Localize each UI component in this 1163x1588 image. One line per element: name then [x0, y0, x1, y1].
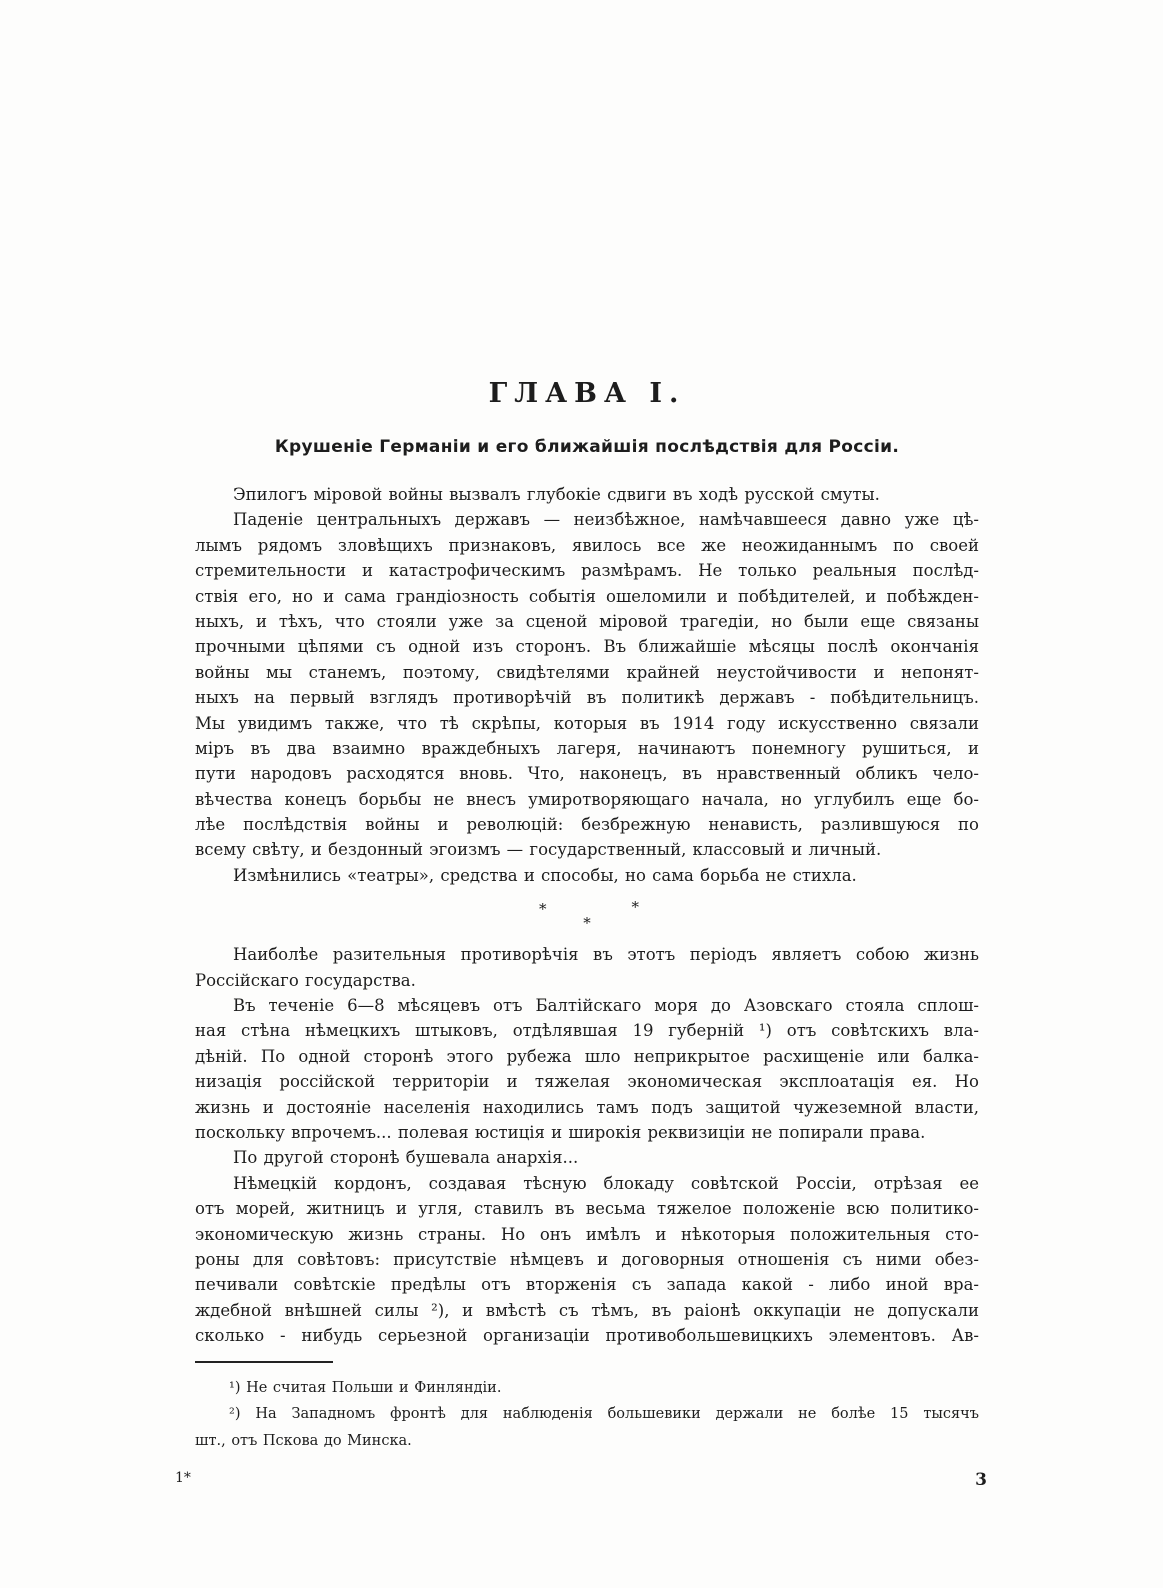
text-line: ная стѣна нѣмецкихъ штыковъ, отдѣлявшая … [195, 1018, 979, 1043]
text-line: Измѣнились «театры», средства и способы,… [195, 863, 979, 888]
paragraph: Въ теченіе 6—8 мѣсяцевъ отъ Балтійскаго … [195, 993, 979, 1145]
text-line: дѣній. По одной сторонѣ этого рубежа шло… [195, 1044, 979, 1069]
text-line: Россійскаго государства. [195, 968, 979, 993]
text-line: стремительности и катастрофическимъ разм… [195, 558, 979, 583]
text-line: Эпилогъ міровой войны вызвалъ глубокіе с… [195, 482, 979, 507]
text-line: всему свѣту, и бездонный эгоизмъ — госуд… [195, 837, 979, 862]
text-line: лѣе послѣдствія войны и революцій: безбр… [195, 812, 979, 837]
text-line: отъ морей, житницъ и угля, ставилъ въ ве… [195, 1196, 979, 1221]
page-number: 3 [975, 1470, 987, 1490]
paragraph: Паденіе центральныхъ державъ — неизбѣжно… [195, 507, 979, 862]
footnotes: ¹) Не считая Польши и Финляндіи.²) На За… [195, 1375, 979, 1455]
body-text: Эпилогъ міровой войны вызвалъ глубокіе с… [195, 482, 979, 1349]
text-line: ныхъ, и тѣхъ, что стояли уже за сценой м… [195, 609, 979, 634]
footnote: ¹) Не считая Польши и Финляндіи. [195, 1375, 979, 1402]
text-line: ствія его, но и сама грандіозность событ… [195, 584, 979, 609]
book-page: ГЛАВА I. Крушеніе Германіи и его ближайш… [0, 0, 1163, 1588]
paragraph: Нѣмецкій кордонъ, создавая тѣсную блокад… [195, 1171, 979, 1349]
text-line: ныхъ на первый взглядъ противорѣчій въ п… [195, 685, 979, 710]
asterisk: * [539, 900, 547, 918]
page-footer: 1* 3 [195, 1470, 979, 1490]
text-line: низація россійской территоріи и тяжелая … [195, 1069, 979, 1094]
signature-mark: 1* [175, 1470, 191, 1486]
text-line: ¹) Не считая Польши и Финляндіи. [195, 1375, 979, 1402]
text-line: міръ въ два взаимно враждебныхъ лагеря, … [195, 736, 979, 761]
text-line: прочными цѣпями съ одной изъ сторонъ. Въ… [195, 634, 979, 659]
asterisk: * [583, 914, 591, 932]
text-line: роны для совѣтовъ: присутствіе нѣмцевъ и… [195, 1247, 979, 1272]
text-line: Мы увидимъ также, что тѣ скрѣпы, которыя… [195, 711, 979, 736]
text-line: войны мы станемъ, поэтому, свидѣтелями к… [195, 660, 979, 685]
chapter-heading: ГЛАВА I. [195, 378, 979, 410]
paragraph: Измѣнились «театры», средства и способы,… [195, 863, 979, 888]
asterisk: * [632, 898, 640, 916]
text-column: ГЛАВА I. Крушеніе Германіи и его ближайш… [195, 378, 979, 1490]
text-line: лымъ рядомъ зловѣщихъ признаковъ, явилос… [195, 533, 979, 558]
text-line: Наиболѣе разительныя противорѣчія въ это… [195, 942, 979, 967]
text-line: ²) На Западномъ фронтѣ для наблюденія бо… [195, 1401, 979, 1428]
text-line: По другой сторонѣ бушевала анархія... [195, 1145, 979, 1170]
text-line: Въ теченіе 6—8 мѣсяцевъ отъ Балтійскаго … [195, 993, 979, 1018]
paragraph: Эпилогъ міровой войны вызвалъ глубокіе с… [195, 482, 979, 507]
text-line: жизнь и достояніе населенія находились т… [195, 1095, 979, 1120]
text-line: печивали совѣтскіе предѣлы отъ вторженія… [195, 1272, 979, 1297]
asterisk-separator: *** [531, 900, 643, 934]
footnote-divider [195, 1361, 333, 1363]
paragraph: По другой сторонѣ бушевала анархія... [195, 1145, 979, 1170]
chapter-subtitle: Крушеніе Германіи и его ближайшія послѣд… [195, 436, 979, 458]
text-line: поскольку впрочемъ... полевая юстиція и … [195, 1120, 979, 1145]
footnote: ²) На Западномъ фронтѣ для наблюденія бо… [195, 1401, 979, 1454]
text-line: шт., отъ Пскова до Минска. [195, 1428, 979, 1455]
text-line: Паденіе центральныхъ державъ — неизбѣжно… [195, 507, 979, 532]
text-line: вѣчества конецъ борьбы не внесъ умиротво… [195, 787, 979, 812]
text-line: Нѣмецкій кордонъ, создавая тѣсную блокад… [195, 1171, 979, 1196]
paragraph: Наиболѣе разительныя противорѣчія въ это… [195, 942, 979, 993]
text-line: ждебной внѣшней силы ²), и вмѣстѣ съ тѣм… [195, 1298, 979, 1323]
text-line: пути народовъ расходятся вновь. Что, нак… [195, 761, 979, 786]
text-line: экономическую жизнь страны. Но онъ имѣлъ… [195, 1222, 979, 1247]
text-line: сколько - нибудь серьезной организаціи п… [195, 1323, 979, 1348]
